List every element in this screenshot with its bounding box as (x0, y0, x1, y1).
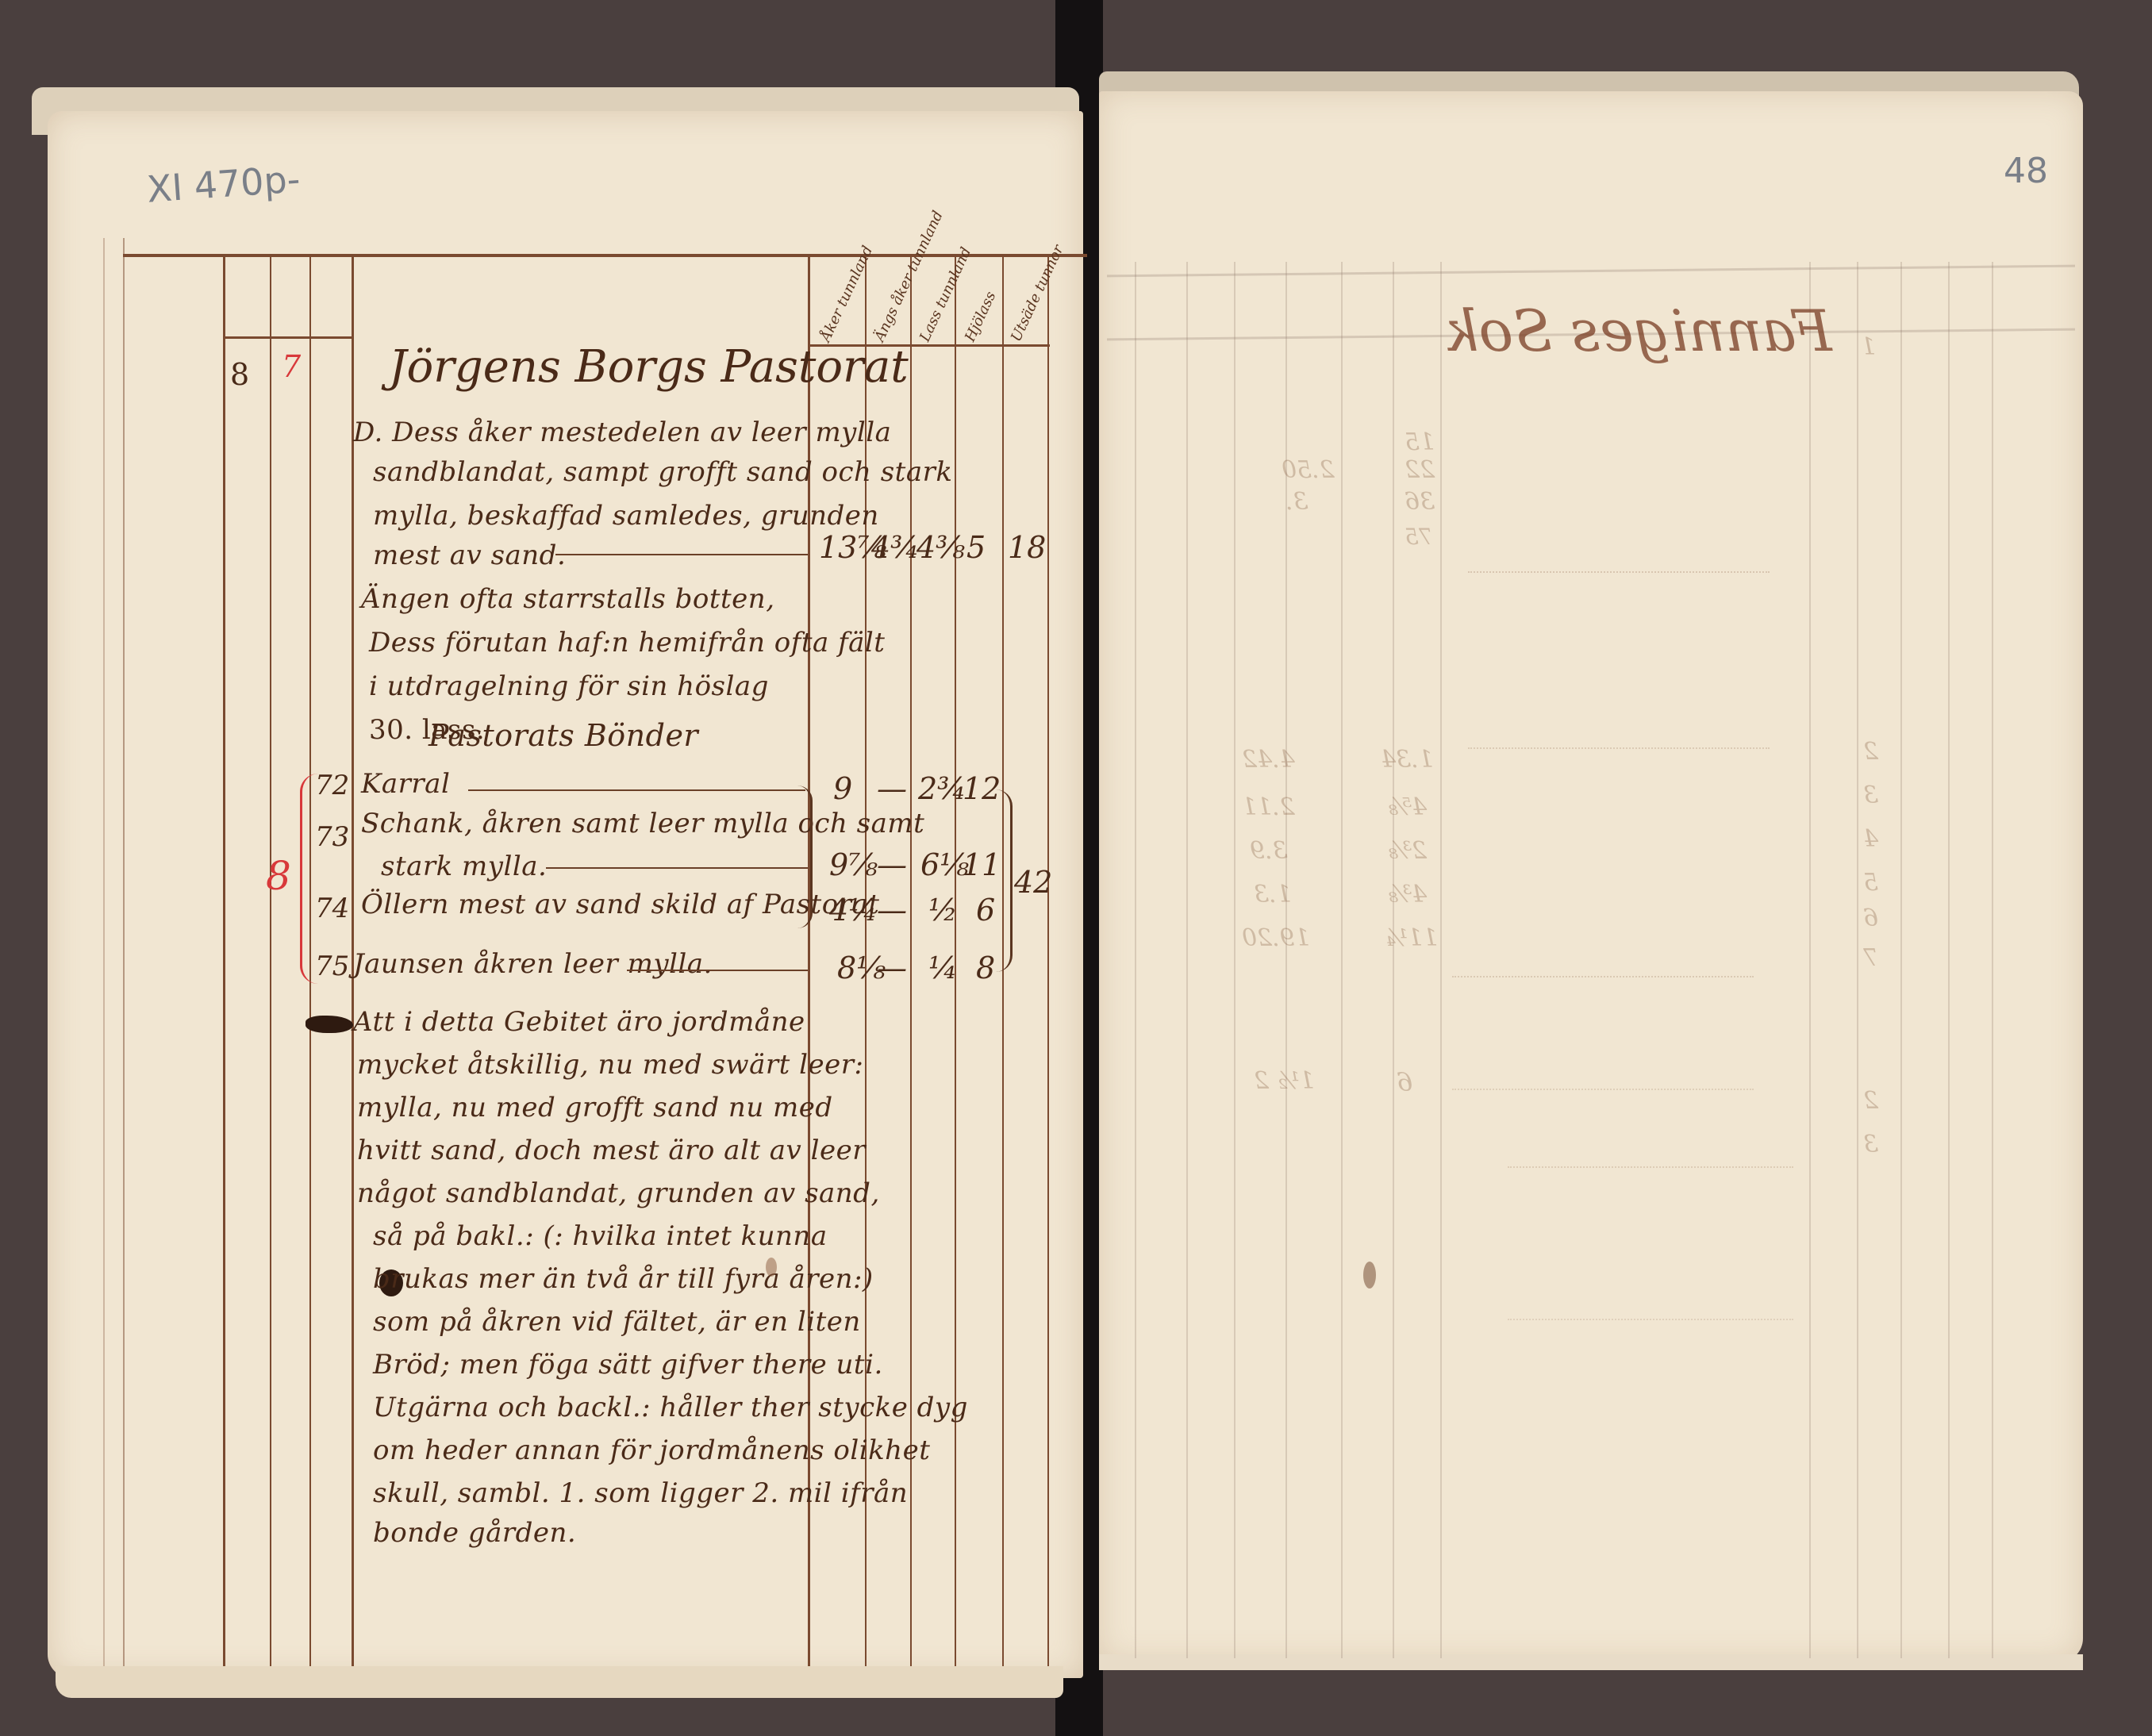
right-rule-9 (1857, 262, 1858, 1658)
row-73-number: 73 (315, 821, 349, 853)
value-c5: 18 (1008, 530, 1046, 565)
bleed-script (1508, 1166, 1793, 1320)
bleed-row-number: 2 (1863, 1087, 1878, 1115)
bleed-row-number: 4 (1863, 825, 1878, 853)
top-rule (123, 254, 1087, 257)
rule-col-1 (223, 254, 225, 1666)
row-74-c4: 6 (976, 893, 995, 928)
bleed-figure: 22 (1405, 456, 1435, 484)
bleed-through-title: Fanniges Sok (1444, 298, 1832, 364)
intro-line-1: D. Dess åker mestedelen av leer mylla (353, 417, 891, 448)
bleed-figure: 36 (1405, 488, 1435, 516)
value-c2: 4¾ (871, 530, 920, 565)
bleed-figure: 4⅝ (1389, 793, 1427, 821)
bleed-row-number: 7 (1863, 944, 1878, 972)
group-total: 42 (1014, 865, 1052, 900)
bleed-row-number: 1 (1861, 333, 1876, 361)
bleed-figure: 1.34 (1381, 746, 1434, 774)
right-rule-6 (1393, 262, 1394, 1658)
bleed-figure: 1.3 (1254, 881, 1292, 908)
closing-line-10: Utgärna och backl.: håller ther stycke d… (373, 1392, 968, 1423)
bleed-script (1468, 571, 1770, 749)
row-74-c1: 4¼ (829, 893, 878, 928)
row-73-c1: 9⅞ (829, 847, 878, 882)
ink-stain (766, 1258, 777, 1277)
value-c3: 4⅜ (917, 530, 965, 565)
right-rule-11 (1948, 262, 1950, 1658)
bleed-figure: 3. (1285, 488, 1308, 516)
meadow-line-1: Ängen ofta starrstalls botten, (361, 583, 775, 615)
leader-line (555, 554, 808, 555)
row-74-c3: ½ (928, 893, 958, 928)
section-heading: Jörgens Borgs Pastorat (389, 341, 909, 393)
bleed-row-number: 3 (1863, 1131, 1878, 1158)
closing-line-3: mylla, nu med grofft sand nu med (357, 1092, 833, 1123)
group-total-brace (996, 789, 1013, 972)
bleed-figure: 19.20 (1242, 924, 1310, 952)
rule-margin-a (123, 238, 125, 1666)
row-75-c4: 8 (976, 951, 995, 985)
row-72-text: Karral (361, 768, 450, 800)
right-rule-10 (1900, 262, 1902, 1658)
intro-line-2: sandblandat, sampt grofft sand och stark (373, 456, 952, 488)
row-72-leader (468, 789, 805, 791)
closing-line-8: som på åkren vid fältet, är en liten (373, 1306, 861, 1338)
bleed-figure: 4⅜ (1389, 881, 1427, 908)
intro-line-4: mest av sand. (373, 540, 566, 571)
folio-number: 48 (2004, 151, 2048, 191)
closing-line-6: så på bakl.: (: hvilka intet kunna (373, 1220, 828, 1252)
bleed-figure: 15 (1405, 428, 1435, 456)
intro-line-3: mylla, beskaffad samledes, grunden (373, 500, 879, 532)
right-rule-12 (1992, 262, 1993, 1658)
page-stack-bottom-left (56, 1666, 1063, 1698)
bleed-row-number: 3 (1863, 782, 1878, 809)
closing-line-1: Att i detta Gebitet äro jordmåne (353, 1006, 805, 1038)
page-stack-bottom-right (1099, 1654, 2083, 1670)
right-rule-3 (1234, 262, 1235, 1658)
bleed-figure: 1½ 2 (1254, 1067, 1315, 1095)
bleed-figure: 6 (1397, 1067, 1412, 1097)
closing-line-5: något sandblandat, grunden av sand, (357, 1177, 880, 1209)
row-75-c3: ¼ (928, 951, 958, 985)
closing-line-12: skull, sambl. 1. som ligger 2. mil ifrån (373, 1477, 908, 1509)
closing-line-13: bonde gården. (373, 1517, 576, 1549)
row-74-number: 74 (315, 893, 349, 924)
row-72-c2: — (877, 771, 907, 806)
row-72-c3: 2¾ (918, 771, 966, 806)
row-74-text: Öllern mest av sand skild af Pastorat (361, 889, 879, 920)
red-group-number: 8 (266, 853, 291, 899)
row-75-text: Jaunsen åkren leer mylla. (353, 948, 713, 980)
row-72-number: 72 (315, 770, 349, 801)
bleed-figure: 4.42 (1242, 746, 1295, 774)
paper-stain (1363, 1262, 1376, 1289)
closing-line-7: brukas mer än två år till fyra åren:) (373, 1263, 874, 1295)
rule-col-2 (270, 254, 271, 1666)
subheading: Pastorats Bönder (428, 718, 698, 753)
bleed-figure: 2.11 (1242, 793, 1295, 821)
bleed-row-number: 6 (1863, 904, 1878, 932)
closing-line-2: mycket åtskillig, nu med swärt leer: (357, 1049, 863, 1081)
header-rule-left (223, 336, 352, 339)
row-73-leader (546, 867, 808, 869)
right-rule-5 (1341, 262, 1343, 1658)
bleed-figure: 75 (1405, 524, 1433, 550)
meadow-line-3: i utdragelning för sin höslag (369, 670, 769, 702)
meadow-line-2: Dess förutan haf:n hemifrån ofta fält (369, 627, 885, 659)
bleed-figure: 2⅜ (1389, 837, 1427, 865)
right-rule-7 (1440, 262, 1442, 1658)
row-75-c2: — (877, 951, 907, 985)
row-74-c2: — (877, 893, 907, 928)
entry-number: 8 (230, 357, 249, 392)
bleed-figure: 11¼ (1385, 924, 1438, 952)
row-72-c1: 9 (833, 771, 852, 806)
bleed-script (1452, 976, 1754, 1090)
bleed-row-number: 2 (1863, 738, 1878, 766)
rule-data-6 (1047, 254, 1049, 1666)
closing-line-9: Bröd; men föga sätt gifver there uti. (373, 1349, 883, 1381)
value-c4: 5 (966, 530, 986, 565)
bleed-figure: 3.9 (1250, 837, 1288, 865)
bleed-row-number: 5 (1863, 869, 1878, 897)
entry-number-red: 7 (282, 349, 301, 384)
row-73-text-2: stark mylla. (381, 851, 547, 882)
row-73-c3: 6⅛ (920, 847, 969, 882)
rule-margin-b (103, 238, 105, 1666)
row-73-text: Schank, åkren samt leer mylla och samt (361, 808, 924, 839)
bleed-figure: 2.50 (1282, 456, 1335, 484)
row-73-c2: — (877, 847, 907, 882)
right-rule-8 (1809, 262, 1811, 1658)
right-rule-2 (1186, 262, 1188, 1658)
right-rule-1 (1135, 262, 1136, 1658)
closing-line-4: hvitt sand, doch mest äro alt av leer (357, 1135, 866, 1166)
row-75-number: 75 (315, 951, 349, 982)
row-75-leader (627, 970, 808, 971)
ink-flourish (306, 1016, 353, 1033)
closing-line-11: om heder annan för jordmånens olikhet (373, 1435, 930, 1466)
